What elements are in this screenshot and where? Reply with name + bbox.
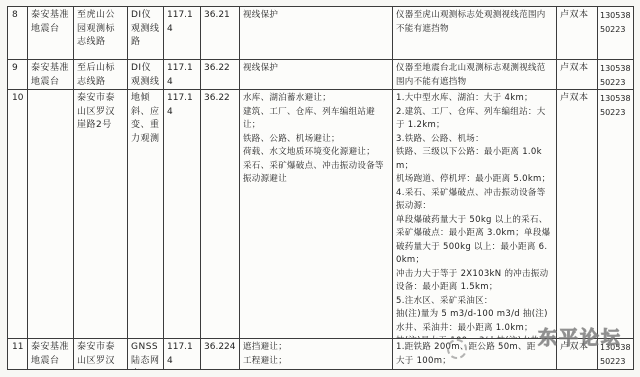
cell-station xyxy=(28,90,74,339)
cell-latitude: 36.22 xyxy=(201,60,240,90)
watermark-text: 东平论坛 xyxy=(538,323,622,350)
cell-method: 地倾斜、应变、重力观测 xyxy=(128,90,164,339)
cell-latitude: 36.22 xyxy=(201,90,240,339)
cell-latitude: 36.21 xyxy=(201,7,240,60)
cell-longitude: 117.14 xyxy=(164,339,201,370)
cell-no: 11 xyxy=(8,339,28,370)
cell-station: 泰安基准地震台 xyxy=(28,339,74,370)
cell-facility: 至后山标志线路 xyxy=(74,60,128,90)
cell-contact: 卢双本 xyxy=(557,7,598,60)
station-protection-table: 8 泰安基准地震台 至虎山公园观测标志线路 DI仪观测线路 117.14 36.… xyxy=(7,6,634,370)
cell-contact: 卢双本 xyxy=(557,60,598,90)
cell-no: 9 xyxy=(8,60,28,90)
cell-latitude: 36.224 xyxy=(201,339,240,370)
cell-phone: 13053850223 xyxy=(598,60,634,90)
cell-longitude: 117.14 xyxy=(164,90,201,339)
cell-no: 8 xyxy=(8,7,28,60)
cell-requirement: 仪器至地震台北山观测标志观测视线范围内不能有遮挡物 xyxy=(393,60,557,90)
watermark-logo-icon xyxy=(447,339,467,359)
cell-phone: 13053850223 xyxy=(598,7,634,60)
cell-method: DI仪观测线路 xyxy=(128,60,164,90)
cell-phone: 13053850223 xyxy=(598,90,634,339)
cell-protection: 遮挡避让； 工程避让； xyxy=(240,339,393,370)
cell-facility: 至虎山公园观测标志线路 xyxy=(74,7,128,60)
cell-facility: 泰安市泰山区罗汉 xyxy=(74,339,128,370)
cell-protection: 视线保护 xyxy=(240,60,393,90)
cell-no: 10 xyxy=(8,90,28,339)
cell-station: 泰安基准地震台 xyxy=(28,60,74,90)
cell-requirement: 仪器至虎山观测标志处观测视线范围内不能有遮挡物 xyxy=(393,7,557,60)
cell-method: DI仪观测线路 xyxy=(128,7,164,60)
cell-longitude: 117.14 xyxy=(164,60,201,90)
cell-protection: 视线保护 xyxy=(240,7,393,60)
cell-longitude: 117.14 xyxy=(164,7,201,60)
cell-facility: 泰安市泰山区罗汉崖路2号 xyxy=(74,90,128,339)
cell-protection: 水库、湖泊蓄水避让； 建筑、工厂、仓库、列车编组站避让； 铁路、公路、机场避让；… xyxy=(240,90,393,339)
cell-station: 泰安基准地震台 xyxy=(28,7,74,60)
cell-requirement: 1.距铁路 200m、距公路 50m、距 大于 100m； xyxy=(393,339,557,370)
cell-contact: 卢双本 xyxy=(557,90,598,339)
cell-requirement: 1.大中型水库、湖泊：大于 4km； 2.建筑、工厂、仓库、列车编组站：大于 1… xyxy=(393,90,557,339)
cell-method: GNSS 陆态网泰 xyxy=(128,339,164,370)
